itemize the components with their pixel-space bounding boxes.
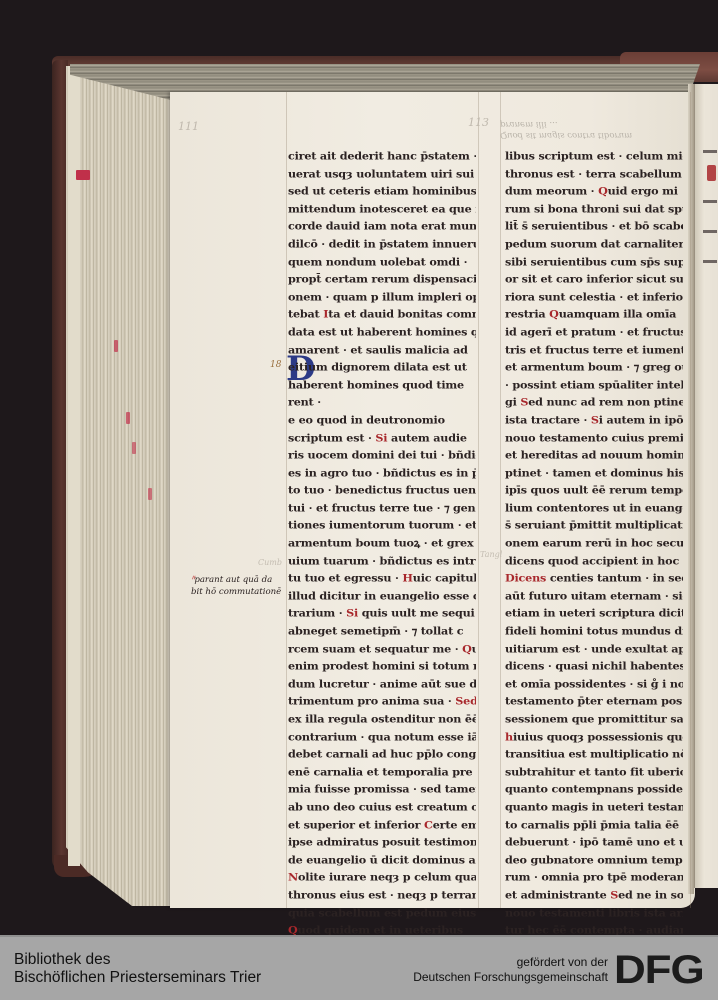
text-line: enim prodest homini si totum mū xyxy=(288,659,476,675)
text-line: tiones iumentorum tuorum · et xyxy=(288,518,476,534)
text-line: rcem suam et sequatur me · Quid xyxy=(288,641,476,657)
text-line: armentum boum tuoꝝ · et grex o xyxy=(288,536,476,552)
marginal-note-line: bit hō commutationē xyxy=(191,586,281,598)
text-line: rent · xyxy=(288,395,476,411)
text-line: et omīa possidentes · si g̊ i nouo xyxy=(505,677,683,693)
text-line: debet carnali ad huc pp̄lo congru xyxy=(288,747,476,763)
text-line: tebat Ita et dauid bonitas comme xyxy=(288,307,476,323)
marginal-note: ᐦparant aut quā da bit hō commutationē xyxy=(191,574,281,598)
text-line: deo gubnatore omnium tempo xyxy=(505,852,683,868)
text-line: corde dauid iam nota erat munin xyxy=(288,219,476,235)
text-line: mittendum inotesceret ea que in xyxy=(288,201,476,217)
text-line: eitium dignorem dilata est ut xyxy=(288,360,476,376)
text-line: mia fuisse promissa · sed tamen xyxy=(288,782,476,798)
text-line: lium contentores ut in euangelio xyxy=(505,501,683,517)
text-line: sessionem que promittitur sanctis xyxy=(505,712,683,728)
text-line: riora sunt celestia · et inferiora t xyxy=(505,289,683,305)
text-line: debuerunt · ipō tamē uno et uēo xyxy=(505,835,683,851)
text-line: propt̄ certam rerum dispensaci xyxy=(288,272,476,288)
ruling-line xyxy=(478,92,479,908)
page-stack-left xyxy=(66,66,176,906)
institution-line-2: Bischöflichen Priesterseminars Trier xyxy=(14,969,261,987)
facing-page-rubric xyxy=(707,165,716,181)
ruling-line xyxy=(500,92,501,908)
facing-page-edge xyxy=(694,84,718,888)
gloss-line: pranem illi ... xyxy=(500,118,690,129)
funding-line-2: Deutschen Forschungsgemeinschaft xyxy=(413,970,608,985)
ruling-line xyxy=(690,92,691,908)
inverted-gloss: Quod sit magis contra tiborum pranem ill… xyxy=(500,118,690,140)
text-line: abneget semetipm̄ · ⁊ tollat c xyxy=(288,624,476,640)
text-line: illud dicitur in euangelio esse co xyxy=(288,589,476,605)
text-line: dum lucretur · anime aūt sue de xyxy=(288,677,476,693)
text-line: contrarium · qua notum esse iā xyxy=(288,729,476,745)
text-line: fideli homini totus mundus di xyxy=(505,624,683,640)
text-line: amarent · et saulis malicia ad xyxy=(288,342,476,358)
text-line: e eo quod in deutronomio xyxy=(288,413,476,429)
bookmark-tab xyxy=(126,412,130,424)
text-line: to carnalis pp̄li p̄mia talia ēē xyxy=(505,817,683,833)
text-column-left: ciret ait dederit hanc p̄statem · Nouera… xyxy=(288,148,476,940)
facing-page-text xyxy=(703,260,717,263)
text-line: Dicens centies tantum · in seculo xyxy=(505,571,683,587)
bookmark-tab xyxy=(114,340,118,352)
institution-name: Bibliothek des Bischöflichen Priestersem… xyxy=(14,951,261,987)
text-line: nouo testamenti libris ista arbitre xyxy=(505,905,683,921)
text-line: rum si bona throni sui dat spūa xyxy=(505,201,683,217)
text-line: pedum suorum dat carnaliter xyxy=(505,237,683,253)
text-line: ptinet · tamen et dominus hisdē xyxy=(505,465,683,481)
text-line: sibi seruientibus cum sp̄s super xyxy=(505,254,683,270)
gloss-line: Quod sit magis contra tiborum xyxy=(500,129,690,140)
text-line: ris uocem domini dei tui · bñdictu xyxy=(288,448,476,464)
text-line: sed ut ceteris etiam hominibus ad xyxy=(288,184,476,200)
text-line: aūt futuro uitam eternam · sicut xyxy=(505,589,683,605)
dfg-logo: DFG xyxy=(614,952,718,988)
line-marker: 18 xyxy=(270,360,281,370)
text-line: trarium · Si quis uult me sequi xyxy=(288,606,476,622)
facing-page-text xyxy=(703,150,717,153)
text-line: s̄ seruiant p̄mittit multiplicati xyxy=(505,518,683,534)
text-line: thronus est · terra scabellum pe xyxy=(505,166,683,182)
institution-line-1: Bibliothek des xyxy=(14,951,261,969)
text-line: et superior et inferior Certe em xyxy=(288,817,476,833)
text-line: ciret ait dederit hanc p̄statem · No xyxy=(288,149,476,165)
text-line: id agerī et pratum · et fructus uē xyxy=(505,325,683,341)
text-line: hiuius quoqȝ possessionis que xyxy=(505,729,683,745)
text-line: restria Quamquam illa omīa xyxy=(505,307,683,323)
marginal-note-line: parant aut quā da xyxy=(194,575,272,585)
text-line: dicens · quasi nichil habentes xyxy=(505,659,683,675)
text-line: or sit et caro inferior sicut supe xyxy=(505,272,683,288)
text-line: dicens quod accipient in hoc slō xyxy=(505,553,683,569)
text-line: ex illa regula ostenditur non ēē xyxy=(288,712,476,728)
text-line: · possint etiam spūaliter intelli xyxy=(505,377,683,393)
faint-margin-note: Tangl xyxy=(480,550,502,559)
funding-line-1: gefördert von der xyxy=(413,955,608,970)
text-line: tu tuo et egressu · Huic capitulo xyxy=(288,571,476,587)
text-line: rum · omnia pro tpē moderante xyxy=(505,870,683,886)
text-line: lit̄ s̄ seruientibus · et bō scabelli xyxy=(505,219,683,235)
text-line: trimentum pro anima sua · Sed xyxy=(288,694,476,710)
text-line: enē carnalia et temporalia pre xyxy=(288,764,476,780)
text-line: quia scabellum est pedum eius xyxy=(288,905,476,921)
text-line: dum meorum · Quid ergo mi xyxy=(505,184,683,200)
text-line: ipse admiratus posuit testimonū xyxy=(288,835,476,851)
text-line: uitiarum est · unde exultat aplō xyxy=(505,641,683,657)
folio-number-center: 113 xyxy=(468,116,489,129)
text-line: dilcō · dedit in p̄statem innuerum · xyxy=(288,237,476,253)
page-stack-edge xyxy=(68,66,80,866)
text-line: onem earum rerū in hoc seculo xyxy=(505,536,683,552)
text-line: testamento p̄ter eternam pos xyxy=(505,694,683,710)
text-line: gi Sed nunc ad rem non ptinet xyxy=(505,395,683,411)
folio-number-left: 111 xyxy=(178,120,199,133)
text-line: uerat usqȝ uoluntatem uiri sui · xyxy=(288,166,476,182)
text-line: haberent homines quod time xyxy=(288,377,476,393)
text-line: transitiua est multiplicatio nō xyxy=(505,747,683,763)
text-line: et hereditas ad nouum hominē xyxy=(505,448,683,464)
text-line: ista tractare · Si autem in ipō xyxy=(505,413,683,429)
footer-banner: Bibliothek des Bischöflichen Priestersem… xyxy=(0,935,718,1000)
text-line: data est ut haberent homines qd xyxy=(288,325,476,341)
text-line: de euangelio ū dicit dominus ait xyxy=(288,852,476,868)
text-line: subtrahitur et tanto fit uberior xyxy=(505,764,683,780)
text-line: quanto contempnans possidetur xyxy=(505,782,683,798)
text-line: ipīs quos uult ēē rerum tempora xyxy=(505,483,683,499)
faint-margin-note: Cumb xyxy=(258,558,282,567)
manuscript-scan: 111 113 Quod sit magis contra tiborum pr… xyxy=(0,0,718,935)
text-line: et administrante Sed ne in solis xyxy=(505,888,683,904)
text-line: tui · et fructus terre tue · ⁊ genera xyxy=(288,501,476,517)
text-line: thronus eius est · neqȝ p terram xyxy=(288,888,476,904)
text-line: quem nondum uolebat omdi · xyxy=(288,254,476,270)
text-line: onem · quam p illum impleri opō xyxy=(288,289,476,305)
text-line: et armentum boum · ⁊ greg ouiū xyxy=(505,360,683,376)
text-line: libus scriptum est · celum michi xyxy=(505,149,683,165)
text-line: es in agro tuo · bñdictus es in p̄tra xyxy=(288,465,476,481)
bookmark-tab xyxy=(76,170,90,180)
bookmark-tab xyxy=(132,442,136,454)
text-line: scriptum est · Si autem audie xyxy=(288,430,476,446)
text-line: to tuo · benedictus fructus uentris xyxy=(288,483,476,499)
text-line: Nolite iurare neqȝ p celum qua xyxy=(288,870,476,886)
text-column-right: libus scriptum est · celum michithronus … xyxy=(505,148,683,940)
text-line: quanto magis in ueteri testamē xyxy=(505,800,683,816)
text-line: nouo testamento cuius premiū xyxy=(505,430,683,446)
ruling-line xyxy=(286,92,287,908)
facing-page-text xyxy=(703,200,717,203)
text-line: etiam in ueteri scriptura dicit xyxy=(505,606,683,622)
funding-credit: gefördert von der Deutschen Forschungsge… xyxy=(413,955,608,985)
text-line: tris et fructus terre et iumentoꝝ xyxy=(505,342,683,358)
text-line: uium tuarum · bñdictus es intrā xyxy=(288,553,476,569)
facing-page-text xyxy=(703,230,717,233)
text-line: ab uno deo cuius est creatum oīs xyxy=(288,800,476,816)
book-cover-left xyxy=(52,60,68,870)
bookmark-tab xyxy=(148,488,152,500)
